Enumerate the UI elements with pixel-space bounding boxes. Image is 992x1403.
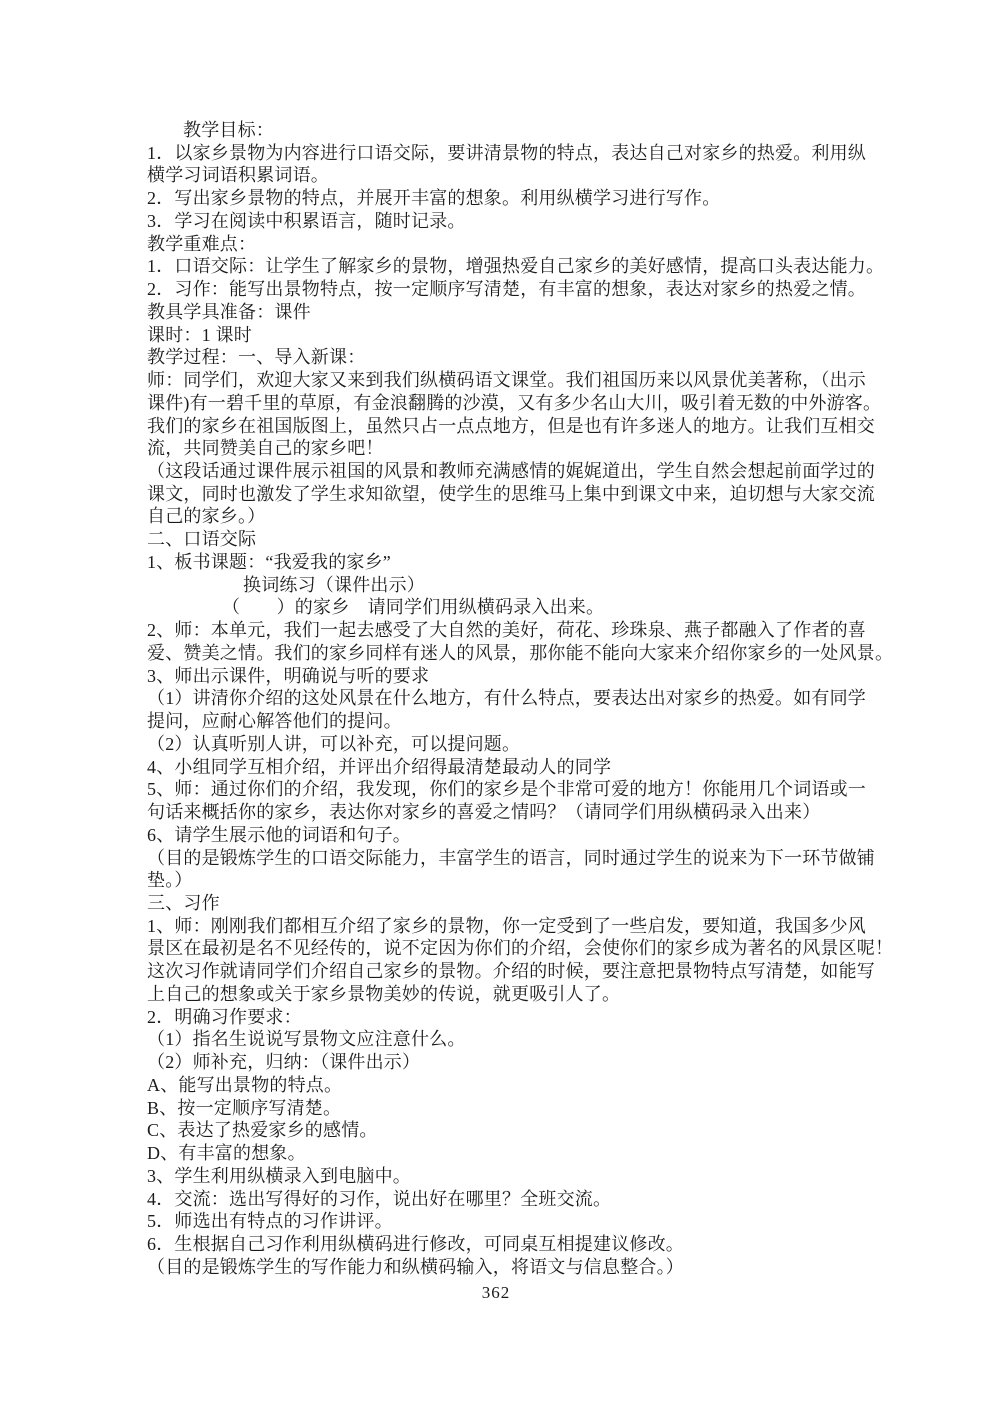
text-line: 教学过程：一、导入新课： (147, 346, 947, 369)
text-line: 爱、赞美之情。我们的家乡同样有迷人的风景，那你能不能向大家来介绍你家乡的一处风景… (147, 642, 947, 665)
text-line: 三、习作 (147, 892, 947, 915)
text-line: D、有丰富的想象。 (147, 1142, 947, 1165)
text-line: （这段话通过课件展示祖国的风景和教师充满感情的娓娓道出，学生自然会想起前面学过的 (147, 460, 947, 483)
text-line: 3、学生利用纵横录入到电脑中。 (147, 1165, 947, 1188)
text-line: （目的是锻炼学生的写作能力和纵横码输入，将语文与信息整合。） (147, 1256, 947, 1279)
text-line: 2．写出家乡景物的特点，并展开丰富的想象。利用纵横学习进行写作。 (147, 187, 947, 210)
text-line: 6．生根据自己习作利用纵横码进行修改，可同桌互相提建议修改。 (147, 1233, 947, 1256)
text-line: B、按一定顺序写清楚。 (147, 1097, 947, 1120)
text-line: 课件)有一碧千里的草原，有金浪翻腾的沙漠，又有多少名山大川，吸引着无数的中外游客… (147, 392, 947, 415)
text-line: 垫。） (147, 869, 947, 892)
text-line: 课文，同时也激发了学生求知欲望，使学生的思维马上集中到课文中来，迫切想与大家交流 (147, 483, 947, 506)
text-line: 1．以家乡景物为内容进行口语交际，要讲清景物的特点，表达自己对家乡的热爱。利用纵 (147, 142, 947, 165)
text-line: 二、口语交际 (147, 528, 947, 551)
text-line: 教学重难点： (147, 233, 947, 256)
text-line: 1．口语交际：让学生了解家乡的景物，增强热爱自己家乡的美好感情，提高口头表达能力… (147, 255, 947, 278)
text-line: （ ）的家乡 请同学们用纵横码录入出来。 (147, 596, 947, 619)
text-line: 上自己的想象或关于家乡景物美妙的传说，就更吸引人了。 (147, 983, 947, 1006)
text-line: C、表达了热爱家乡的感情。 (147, 1119, 947, 1142)
text-line: 5．师选出有特点的习作讲评。 (147, 1210, 947, 1233)
text-line: 1、板书课题：“我爱我的家乡” (147, 551, 947, 574)
text-line: 3．学习在阅读中积累语言，随时记录。 (147, 210, 947, 233)
text-line: 2．习作：能写出景物特点，按一定顺序写清楚，有丰富的想象，表达对家乡的热爱之情。 (147, 278, 947, 301)
text-line: 课时：1 课时 (147, 324, 947, 347)
text-line: 横学习词语积累词语。 (147, 164, 947, 187)
text-line: 3、师出示课件，明确说与听的要求 (147, 665, 947, 688)
document-page: 教学目标：1．以家乡景物为内容进行口语交际，要讲清景物的特点，表达自己对家乡的热… (0, 0, 992, 1403)
text-line: 句话来概括你的家乡，表达你对家乡的喜爱之情吗？（请同学们用纵横码录入出来） (147, 801, 947, 824)
text-line: 5、师：通过你们的介绍，我发现，你们的家乡是个非常可爱的地方！你能用几个词语或一 (147, 778, 947, 801)
text-line: 教学目标： (147, 119, 947, 142)
text-line: （目的是锻炼学生的口语交际能力，丰富学生的语言，同时通过学生的说来为下一环节做铺 (147, 847, 947, 870)
text-line: A、能写出景物的特点。 (147, 1074, 947, 1097)
text-line: 4、小组同学互相介绍，并评出介绍得最清楚最动人的同学 (147, 756, 947, 779)
text-line: 提问，应耐心解答他们的提问。 (147, 710, 947, 733)
text-line: 流，共同赞美自己的家乡吧！ (147, 437, 947, 460)
text-line: 4．交流：选出写得好的习作，说出好在哪里？全班交流。 (147, 1188, 947, 1211)
text-line: （2）认真听别人讲，可以补充，可以提问题。 (147, 733, 947, 756)
text-line: 师：同学们，欢迎大家又来到我们纵横码语文课堂。我们祖国历来以风景优美著称，（出示 (147, 369, 947, 392)
text-line: 2．明确习作要求： (147, 1006, 947, 1029)
page-number: 362 (0, 1283, 992, 1303)
text-line: 景区在最初是名不见经传的，说不定因为你们的介绍，会使你们的家乡成为著名的风景区呢… (147, 937, 947, 960)
text-line: 自己的家乡。） (147, 505, 947, 528)
text-line: 1、师：刚刚我们都相互介绍了家乡的景物，你一定受到了一些启发，要知道，我国多少风 (147, 915, 947, 938)
text-line: （2）师补充，归纳：（课件出示） (147, 1051, 947, 1074)
text-line: 这次习作就请同学们介绍自己家乡的景物。介绍的时候，要注意把景物特点写清楚，如能写 (147, 960, 947, 983)
text-line: （1）讲清你介绍的这处风景在什么地方，有什么特点，要表达出对家乡的热爱。如有同学 (147, 687, 947, 710)
text-line: 6、请学生展示他的词语和句子。 (147, 824, 947, 847)
document-lines: 教学目标：1．以家乡景物为内容进行口语交际，要讲清景物的特点，表达自己对家乡的热… (147, 119, 947, 1278)
text-line: （1）指名生说说写景物文应注意什么。 (147, 1028, 947, 1051)
text-line: 2、师：本单元，我们一起去感受了大自然的美好，荷花、珍珠泉、燕子都融入了作者的喜 (147, 619, 947, 642)
text-line: 换词练习（课件出示） (147, 574, 947, 597)
text-line: 教具学具准备：课件 (147, 301, 947, 324)
text-line: 我们的家乡在祖国版图上，虽然只占一点点地方，但是也有许多迷人的地方。让我们互相交 (147, 415, 947, 438)
